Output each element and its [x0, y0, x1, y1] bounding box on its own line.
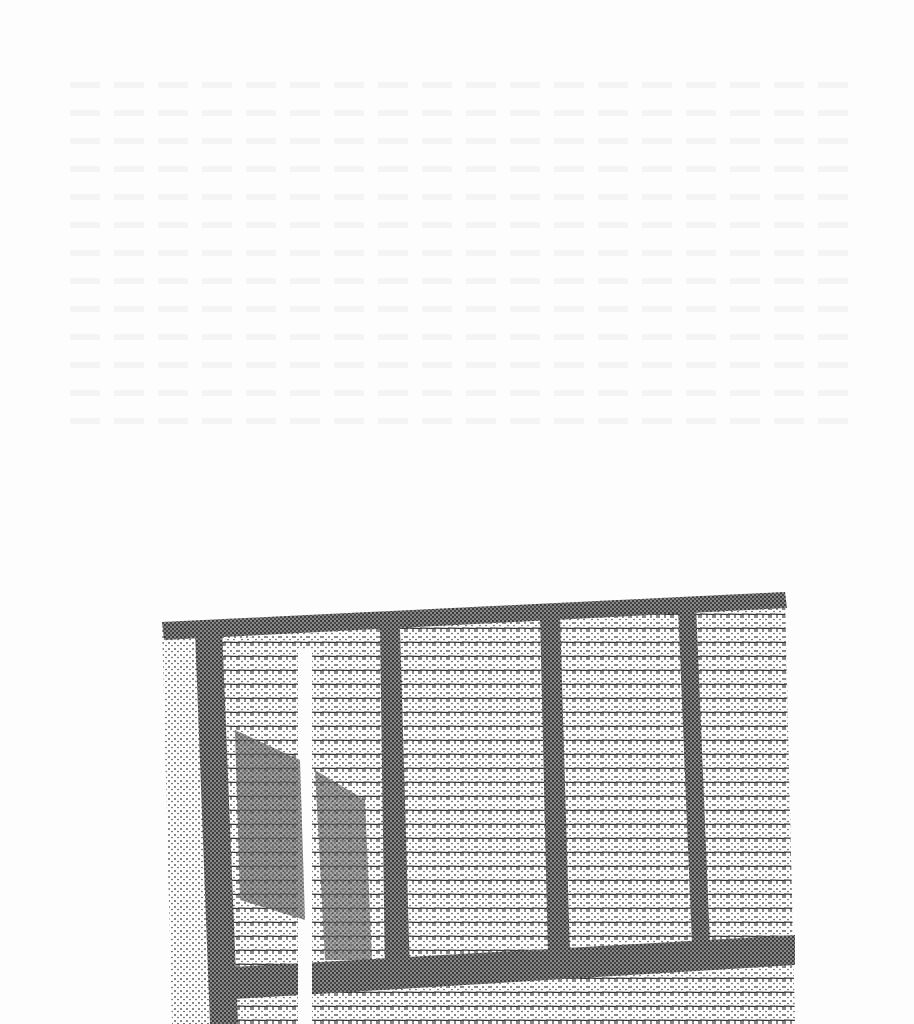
stippled-window-drawing: [0, 0, 914, 1024]
